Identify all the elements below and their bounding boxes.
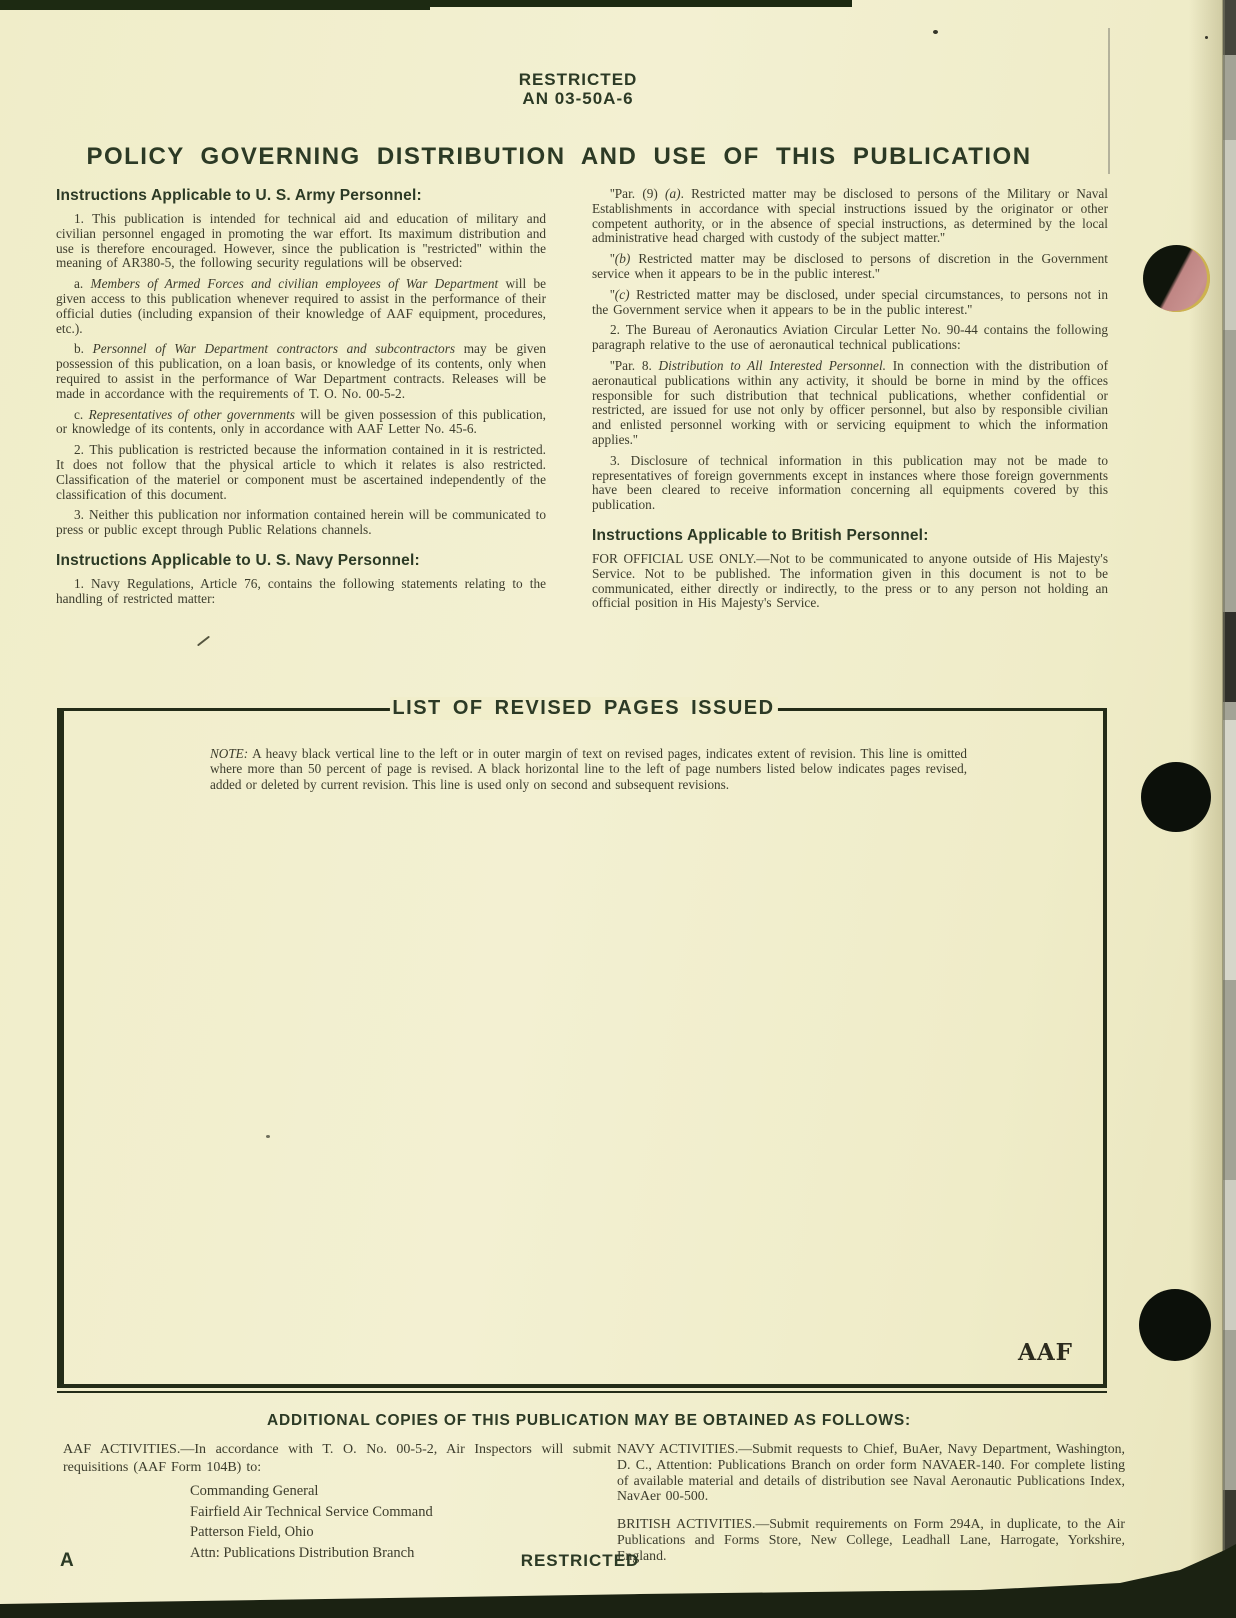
pencil-mark (197, 636, 210, 647)
ink-speck (1205, 36, 1208, 39)
policy-paragraph: ''Par. 8. Distribution to All Interested… (592, 359, 1108, 448)
revised-pages-note: NOTE: A heavy black vertical line to the… (210, 746, 967, 792)
document-page: RESTRICTED AN 03-50A-6 POLICY GOVERNING … (0, 0, 1236, 1618)
policy-right-column: ''Par. (9) (a). Restricted matter may be… (592, 187, 1108, 617)
policy-paragraph: 1. This publication is intended for tech… (56, 212, 546, 271)
scan-edge-top-band (0, 0, 852, 7)
policy-paragraph: FOR OFFICIAL USE ONLY.—Not to be communi… (592, 552, 1108, 611)
revised-pages-header: LIST OF REVISED PAGES ISSUED (389, 697, 777, 720)
document-number: AN 03-50A-6 (0, 89, 1156, 109)
punch-hole-middle (1141, 762, 1211, 832)
aaf-activities-text: AAF ACTIVITIES.—In accordance with T. O.… (63, 1441, 611, 1476)
section-heading: Instructions Applicable to U. S. Army Pe… (56, 187, 546, 205)
policy-paragraph: 2. The Bureau of Aeronautics Aviation Ci… (592, 323, 1108, 353)
punch-hole-top (1143, 245, 1210, 312)
revised-pages-box: LIST OF REVISED PAGES ISSUED NOTE: A hea… (57, 708, 1107, 1388)
classification-footer: RESTRICTED (0, 1551, 1160, 1571)
policy-paragraph: ''(c) Restricted matter may be disclosed… (592, 288, 1108, 318)
note-text: A heavy black vertical line to the left … (210, 746, 967, 791)
section-heading: Instructions Applicable to U. S. Navy Pe… (56, 552, 546, 570)
address-line: Commanding General (190, 1481, 611, 1502)
address-line: Fairfield Air Technical Service Command (190, 1502, 611, 1523)
policy-paragraph: c. Representatives of other governments … (56, 408, 546, 438)
aaf-stamp: AAF (1018, 1339, 1073, 1366)
policy-paragraph: 3. Disclosure of technical information i… (592, 454, 1108, 513)
policy-paragraph: a. Members of Armed Forces and civilian … (56, 277, 546, 336)
policy-paragraph: ''Par. (9) (a). Restricted matter may be… (592, 187, 1108, 246)
policy-paragraph: 1. Navy Regulations, Article 76, contain… (56, 577, 546, 607)
policy-left-column: Instructions Applicable to U. S. Army Pe… (56, 187, 546, 617)
address-line: Patterson Field, Ohio (190, 1522, 611, 1543)
policy-section: Instructions Applicable to U. S. Army Pe… (56, 187, 1108, 617)
policy-paragraph: 3. Neither this publication nor informat… (56, 508, 546, 538)
additional-copies-header: ADDITIONAL COPIES OF THIS PUBLICATION MA… (0, 1412, 1178, 1430)
policy-paragraph: b. Personnel of War Department contracto… (56, 342, 546, 401)
punch-hole-bottom (1139, 1289, 1211, 1361)
page-title: POLICY GOVERNING DISTRIBUTION AND USE OF… (0, 143, 1118, 171)
policy-paragraph: ''(b) Restricted matter may be disclosed… (592, 252, 1108, 282)
policy-paragraph: 2. This publication is restricted becaus… (56, 443, 546, 502)
navy-activities-text: NAVY ACTIVITIES.—Submit requests to Chie… (617, 1441, 1125, 1504)
ink-speck (933, 30, 938, 34)
classification-header: RESTRICTED (0, 70, 1156, 90)
section-heading: Instructions Applicable to British Perso… (592, 527, 1108, 545)
note-label: NOTE: (210, 746, 248, 761)
